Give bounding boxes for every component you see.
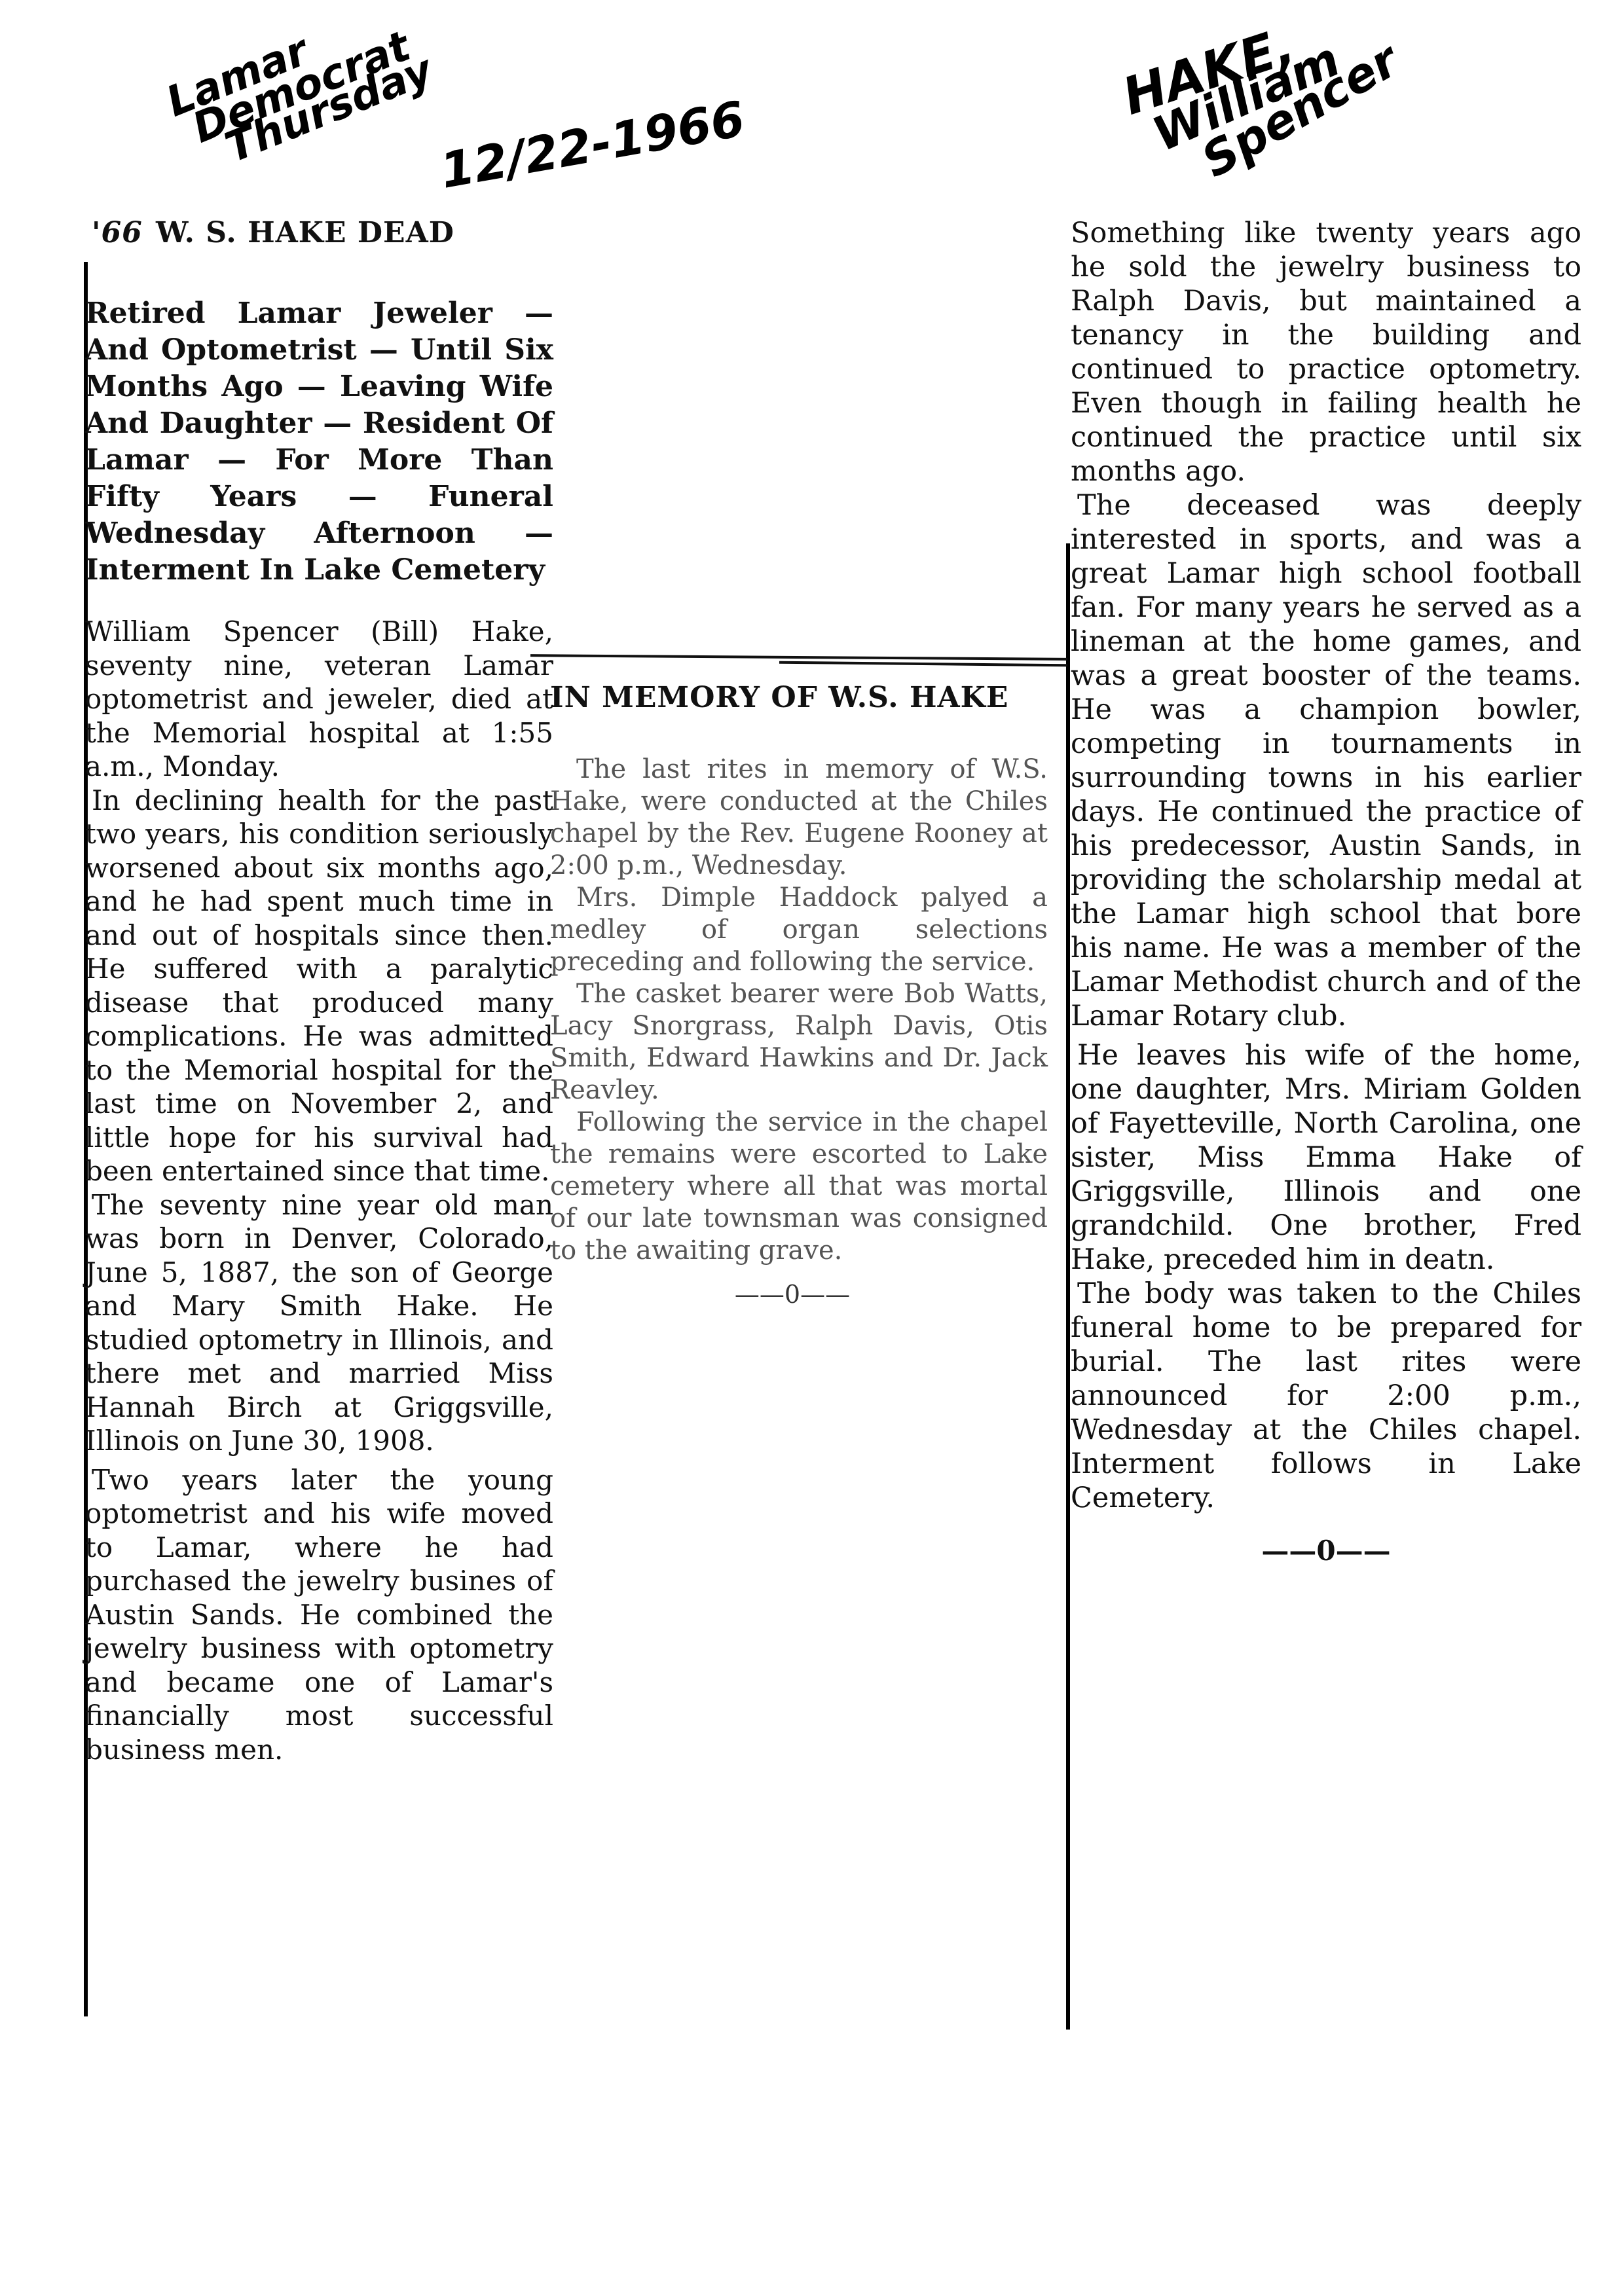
obituary-deck: Retired Lamar Jeweler — And Optometrist … — [85, 295, 553, 589]
obituary-main-column: '66 W. S. HAKE DEAD Retired Lamar Jewele… — [85, 216, 553, 1766]
memorial-paragraph: The last rites in memory of W.S. Hake, w… — [550, 754, 1048, 882]
obituary-body: William Spencer (Bill) Hake, seventy nin… — [85, 615, 553, 1766]
obituary-end-mark: ——0—— — [1071, 1535, 1581, 1567]
obituary-paragraph: The seventy nine year old man was born i… — [85, 1188, 553, 1458]
memorial-body: The last rites in memory of W.S. Hake, w… — [530, 754, 1054, 1267]
continued-paragraph: Something like twenty years ago he sold … — [1071, 216, 1581, 488]
continued-paragraph: The body was taken to the Chiles funeral… — [1071, 1277, 1581, 1515]
continued-paragraph: The deceased was deeply interested in sp… — [1071, 488, 1581, 1033]
handwritten-source-annotation: Lamar Democrat Thursday 12/22-1966 — [170, 36, 760, 200]
handwritten-name-annotation: HAKE, William Spencer — [1126, 26, 1519, 210]
headline-text: W. S. HAKE DEAD — [156, 216, 454, 249]
memorial-paragraph: The casket bearer were Bob Watts, Lacy S… — [550, 978, 1048, 1106]
obituary-paragraph: In declining health for the past two yea… — [85, 784, 553, 1188]
memorial-column: IN MEMORY OF W.S. HAKE The last rites in… — [530, 655, 1054, 1309]
continued-paragraph: He leaves his wife of the home, one daug… — [1071, 1038, 1581, 1277]
headline-year-marker: '66 — [92, 216, 143, 249]
obituary-paragraph: Two years later the young optometrist an… — [85, 1463, 553, 1767]
obituary-continued-body: Something like twenty years ago he sold … — [1071, 216, 1581, 1515]
right-column-rule — [1066, 543, 1070, 2030]
obituary-paragraph: William Spencer (Bill) Hake, seventy nin… — [85, 615, 553, 784]
memorial-end-mark: ——0—— — [530, 1280, 1054, 1309]
memorial-paragraph: Mrs. Dimple Haddock palyed a medley of o… — [550, 882, 1048, 978]
annotation-date: 12/22-1966 — [437, 95, 748, 196]
memorial-headline: IN MEMORY OF W.S. HAKE — [550, 681, 1054, 714]
memorial-paragraph: Following the service in the chapel the … — [550, 1106, 1048, 1267]
obituary-continued-column: Something like twenty years ago he sold … — [1071, 216, 1581, 1567]
obituary-headline: '66 W. S. HAKE DEAD — [92, 216, 553, 249]
